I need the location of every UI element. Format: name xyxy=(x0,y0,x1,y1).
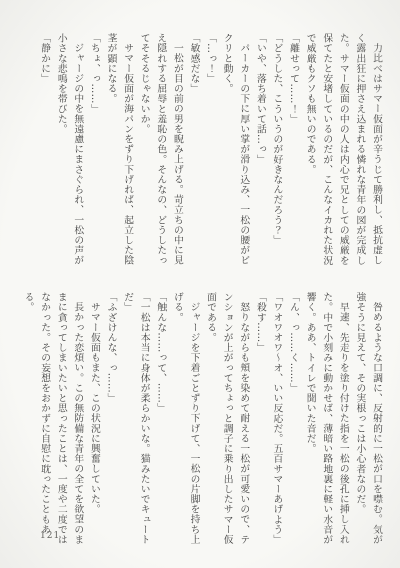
dialogue-line: 「いや、落ち着いて話…っ」 xyxy=(251,33,268,272)
page-number: 121 xyxy=(40,531,60,541)
dialogue-line: 「ふざけんな、っ……」 xyxy=(102,292,119,549)
paragraph: 咎めるような口調に、反射的に一松が口を噤む。気が強そうに見えて、その実根っこは小… xyxy=(351,292,384,549)
paragraph: ジャージを下着ごとずり下げて、一松の片脚を持ち上げる。 xyxy=(168,292,201,549)
dialogue-line: 「殺す……」 xyxy=(251,292,268,549)
paragraph: 早速、先走りを塗り付けた指を一松の後孔に挿し入れた。中で小刻みに動かせば、薄暗い… xyxy=(301,292,351,549)
paragraph: 怒りながらも頬を染めて耐える一松が可愛いので、テンションが上がってちょっと調子に… xyxy=(201,292,251,549)
dialogue-line: 「ちょ、っ……」 xyxy=(85,33,102,272)
dialogue-line: 「静かに」 xyxy=(36,33,53,272)
dialogue-line: 「一松は本当に身体が柔らかいな。猫みたいでキュートだ」 xyxy=(119,292,152,549)
dialogue-line: 「敏感だな」 xyxy=(185,33,202,272)
dialogue-line: 「ん、っ……く……」 xyxy=(284,292,301,549)
paragraph: 一松が目の前の男を睨み上げる。苛立ちの中に見え隠れする屈辱と羞恥の色。そんなの、… xyxy=(135,33,185,272)
dialogue-line: 「ワオワオワ～オ、いい反応だ。五百サマーあげよう」 xyxy=(268,292,285,549)
dialogue-line: 「離せって……！」 xyxy=(284,33,301,272)
dialogue-line: 「触んな……って、……」 xyxy=(152,292,169,549)
dialogue-line: 「…っ！」 xyxy=(201,33,218,272)
paragraph: パーカーの下に厚い掌が滑り込み、一松の腰がビクリと動く。 xyxy=(218,33,251,272)
paragraph: 力比べはサマー仮面が辛うじて勝利し、抵抗虚しく露出狂に押さえ込まれる憐れな青年の… xyxy=(301,33,384,272)
text-block-lower: 咎めるような口調に、反射的に一松が口を噤む。気が強そうに見えて、その実根っこは小… xyxy=(28,292,384,549)
paragraph: ジャージの中を無遠慮にまさぐられ、一松の声が小さな悲鳴を帯びた。 xyxy=(52,33,85,272)
paragraph: サマー仮面もまた、この状況に興奮していた。 xyxy=(85,292,102,549)
paragraph: 長かった恋煩い。この無防備な青年の全てを欲望のままに貪ってしまいたいと思ったこと… xyxy=(19,292,85,549)
text-block-upper: 力比べはサマー仮面が辛うじて勝利し、抵抗虚しく露出狂に押さえ込まれる憐れな青年の… xyxy=(28,33,384,272)
novel-page: 力比べはサマー仮面が辛うじて勝利し、抵抗虚しく露出狂に押さえ込まれる憐れな青年の… xyxy=(0,0,400,568)
dialogue-line: 「どうした、こういうのが好きなんだろう？」 xyxy=(268,33,285,272)
paragraph: サマー仮面が海パンをずり下げれば、起立した陰茎が顕になる。 xyxy=(102,33,135,272)
